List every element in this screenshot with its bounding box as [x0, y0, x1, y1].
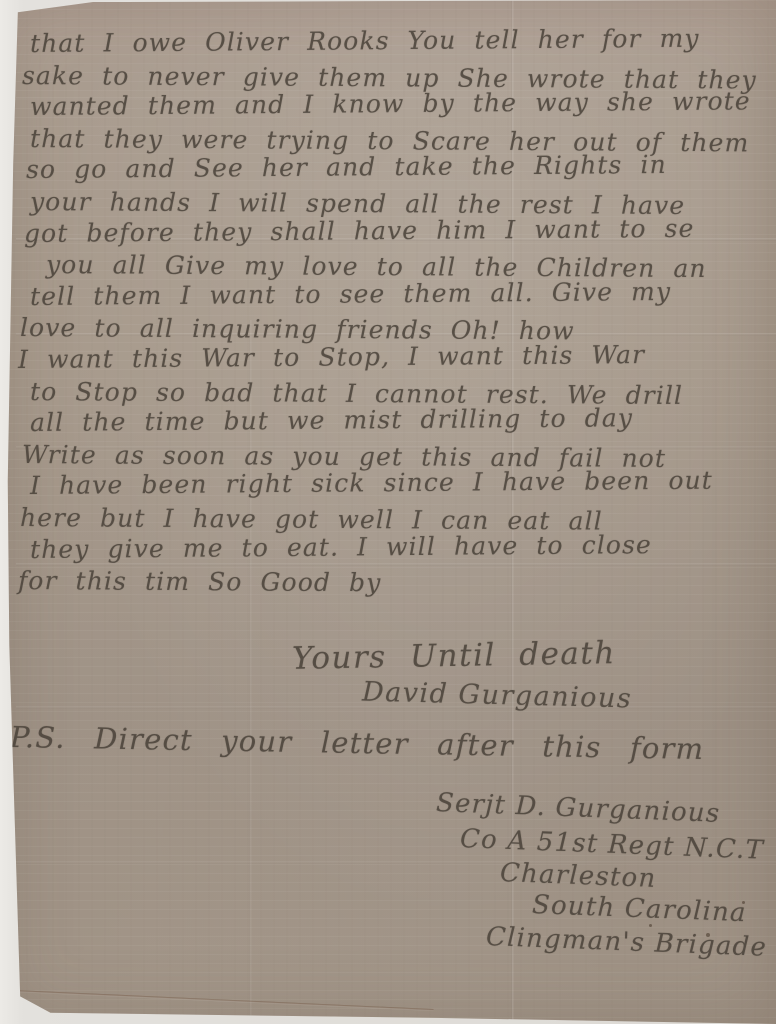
letter-line: I want this War to Stop, I want this War: [18, 338, 774, 376]
letter-line: I have been right sick since I have been…: [30, 464, 774, 501]
scanned-letter-screen: that I owe Oliver Rooks You tell her for…: [0, 0, 776, 1024]
letter-body: that I owe Oliver Rooks You tell her for…: [30, 28, 774, 597]
letter-line: that I owe Oliver Rooks You tell her for…: [30, 22, 774, 59]
postscript-line: P.S. Direct your letter after this form: [10, 720, 705, 766]
letter-line: wanted them and I know by the way she wr…: [30, 85, 774, 122]
letter-line: they give me to eat. I will have to clos…: [30, 528, 774, 565]
bottom-diagonal-crease: [14, 990, 434, 1011]
address-line-state: South Carolina: [531, 890, 747, 928]
letter-line: all the time but we mist drilling to day: [30, 401, 774, 438]
closing-line: Yours Until death: [292, 635, 616, 677]
letter-page: that I owe Oliver Rooks You tell her for…: [0, 0, 776, 1024]
letter-line: for this tim So Good by: [18, 565, 774, 601]
address-line-brigade: Clingman's Brigade: [485, 922, 767, 963]
letter-line: got before they shall have him I want to…: [24, 212, 774, 249]
letter-line: tell them I want to see them all. Give m…: [30, 275, 774, 312]
letter-line: so go and See her and take the Rights in: [26, 149, 774, 186]
address-line-city: Charleston: [499, 858, 657, 894]
address-line-name: Serjt D. Gurganious: [435, 788, 720, 829]
